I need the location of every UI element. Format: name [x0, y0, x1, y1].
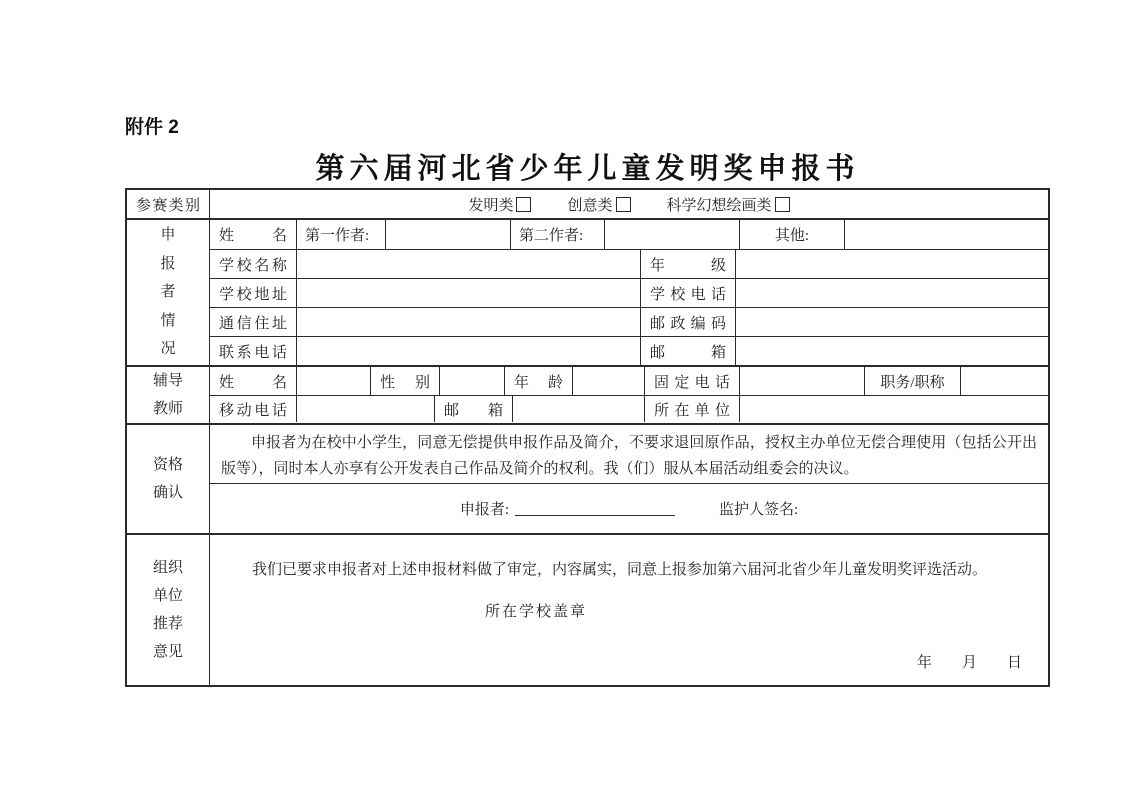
option-invention-label: 发明类: [468, 194, 513, 215]
school-phone-label-cell: 学校电话: [640, 279, 735, 307]
teacher-landline-input[interactable]: [739, 367, 864, 395]
applicant-side-label: 申报者情况: [160, 221, 177, 364]
creativity-checkbox[interactable]: [616, 197, 631, 212]
guardian-sign-label: 监护人签名:: [719, 498, 798, 519]
qualification-section: 资格确认 申报者为在校中小学生，同意无偿提供申报作品及简介，不要求退回原作品，授…: [127, 423, 1048, 533]
first-author-input[interactable]: [385, 220, 510, 249]
option-creativity: 创意类: [567, 194, 630, 215]
teacher-mobile-input[interactable]: [296, 396, 434, 422]
category-label-cell: 参赛类别: [127, 190, 210, 218]
applicant-side-cell: 申报者情况: [127, 220, 210, 365]
org-side-cell: 组织单位推荐意见: [127, 535, 210, 685]
teacher-name-label: 姓名: [210, 371, 296, 392]
applicant-signature-line[interactable]: [515, 501, 675, 516]
name-label-cell: 姓名: [210, 220, 296, 249]
school-phone-input[interactable]: [735, 279, 1048, 307]
school-name-input[interactable]: [296, 250, 640, 278]
other-author-input[interactable]: [844, 220, 1048, 249]
application-form-table: 参赛类别 发明类 创意类 科学幻想绘画类 申报者情况 姓名: [125, 188, 1050, 687]
name-label: 姓名: [210, 224, 296, 245]
postcode-label-cell: 邮政编码: [640, 308, 735, 336]
mail-addr-label: 通信住址: [210, 312, 296, 333]
email-input[interactable]: [735, 337, 1048, 365]
grade-label-cell: 年级: [640, 250, 735, 278]
org-section: 组织单位推荐意见 我们已要求申报者对上述申报材料做了审定，内容属实，同意上报参加…: [127, 533, 1048, 685]
teacher-mobile-label: 移动电话: [210, 399, 296, 420]
org-statement: 我们已要求申报者对上述申报材料做了审定，内容属实，同意上报参加第六届河北省少年儿…: [210, 557, 1048, 583]
teacher-age-label-cell: 年龄: [504, 367, 572, 395]
invention-checkbox[interactable]: [516, 197, 531, 212]
applicant-section: 申报者情况 姓名 第一作者: 第二作者: 其他:: [127, 218, 1048, 365]
school-phone-label: 学校电话: [641, 283, 735, 304]
second-author-label: 第二作者:: [511, 224, 583, 245]
mail-addr-input[interactable]: [296, 308, 640, 336]
teacher-gender-label: 性别: [371, 371, 439, 392]
page-title: 第六届河北省少年儿童发明奖申报书: [125, 146, 1050, 187]
teacher-title-input[interactable]: [960, 367, 1048, 395]
org-side-label: 组织单位推荐意见: [152, 554, 185, 666]
email-label: 邮箱: [641, 341, 735, 362]
teacher-email-label-cell: 邮箱: [434, 396, 512, 422]
option-invention: 发明类: [468, 194, 531, 215]
teacher-row-1: 姓名 性别 年龄 固定电话 职务/职称: [210, 367, 1048, 395]
school-addr-input[interactable]: [296, 279, 640, 307]
contact-phone-label: 联系电话: [210, 341, 296, 362]
category-label: 参赛类别: [127, 194, 209, 215]
qualification-side-label: 资格确认: [152, 451, 185, 507]
second-author-label-cell: 第二作者:: [510, 220, 604, 249]
applicant-sign-label: 申报者:: [460, 498, 509, 519]
mail-addr-row: 通信住址 邮政编码: [210, 307, 1048, 336]
postcode-label: 邮政编码: [641, 312, 735, 333]
teacher-name-input[interactable]: [296, 367, 370, 395]
qualification-side-cell: 资格确认: [127, 425, 210, 533]
option-scifi-painting: 科学幻想绘画类: [667, 194, 790, 215]
option-creativity-label: 创意类: [567, 194, 612, 215]
teacher-row-2: 移动电话 邮箱 所在单位: [210, 395, 1048, 422]
teacher-gender-input[interactable]: [439, 367, 504, 395]
school-seal-label: 所在学校盖章: [485, 600, 587, 621]
teacher-title-label: 职务/职称: [865, 371, 960, 392]
school-name-row: 学校名称 年级: [210, 249, 1048, 278]
grade-label: 年级: [641, 254, 735, 275]
teacher-org-label: 所在单位: [645, 399, 739, 420]
category-row: 参赛类别 发明类 创意类 科学幻想绘画类: [127, 190, 1048, 218]
other-label: 其他:: [740, 224, 844, 245]
first-author-label: 第一作者:: [297, 224, 369, 245]
second-author-input[interactable]: [604, 220, 739, 249]
first-author-label-cell: 第一作者:: [296, 220, 385, 249]
teacher-email-input[interactable]: [512, 396, 644, 422]
school-name-label-cell: 学校名称: [210, 250, 296, 278]
school-addr-row: 学校地址 学校电话: [210, 278, 1048, 307]
teacher-org-input[interactable]: [739, 396, 1048, 422]
postcode-input[interactable]: [735, 308, 1048, 336]
contact-phone-row: 联系电话 邮箱: [210, 336, 1048, 365]
school-name-label: 学校名称: [210, 254, 296, 275]
email-label-cell: 邮箱: [640, 337, 735, 365]
teacher-side-cell: 辅导教师: [127, 367, 210, 423]
teacher-landline-label: 固定电话: [645, 371, 739, 392]
teacher-name-label-cell: 姓名: [210, 367, 296, 395]
contact-phone-label-cell: 联系电话: [210, 337, 296, 365]
option-scifi-painting-label: 科学幻想绘画类: [667, 194, 772, 215]
teacher-mobile-label-cell: 移动电话: [210, 396, 296, 422]
teacher-age-input[interactable]: [572, 367, 644, 395]
attachment-label: 附件 2: [125, 112, 179, 139]
date-label: 年 月 日: [917, 651, 1048, 685]
qualification-statement: 申报者为在校中小学生，同意无偿提供申报作品及简介，不要求退回原作品，授权主办单位…: [210, 425, 1048, 483]
school-addr-label: 学校地址: [210, 283, 296, 304]
grade-input[interactable]: [735, 250, 1048, 278]
scifi-painting-checkbox[interactable]: [775, 197, 790, 212]
other-label-cell: 其他:: [739, 220, 844, 249]
teacher-side-label: 辅导教师: [152, 367, 185, 423]
applicant-name-row: 姓名 第一作者: 第二作者: 其他:: [210, 220, 1048, 249]
mail-addr-label-cell: 通信住址: [210, 308, 296, 336]
school-addr-label-cell: 学校地址: [210, 279, 296, 307]
teacher-org-label-cell: 所在单位: [644, 396, 739, 422]
category-options: 发明类 创意类 科学幻想绘画类: [210, 190, 1048, 218]
teacher-title-label-cell: 职务/职称: [864, 367, 960, 395]
contact-phone-input[interactable]: [296, 337, 640, 365]
teacher-landline-label-cell: 固定电话: [644, 367, 739, 395]
teacher-section: 辅导教师 姓名 性别 年龄 固定电话: [127, 365, 1048, 423]
signature-row: 申报者: 监护人签名:: [210, 483, 1048, 533]
teacher-age-label: 年龄: [505, 371, 572, 392]
teacher-gender-label-cell: 性别: [370, 367, 439, 395]
org-body: 我们已要求申报者对上述申报材料做了审定，内容属实，同意上报参加第六届河北省少年儿…: [210, 535, 1048, 685]
teacher-email-label: 邮箱: [435, 399, 512, 420]
